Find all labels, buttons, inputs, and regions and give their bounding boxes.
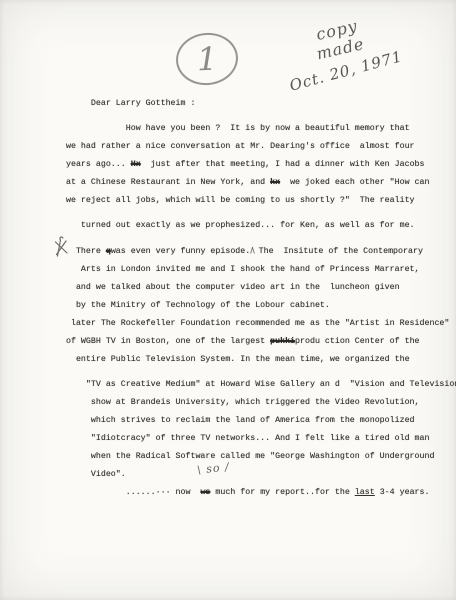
- handwritten-copy-note: copy made: [314, 15, 366, 62]
- typed-text: just after that meeting, I had a dinner …: [141, 160, 425, 169]
- typed-text: "Idiotcracy" of three TV networks... And…: [66, 434, 429, 443]
- letter-line: later The Rockefeller Foundation recomme…: [66, 315, 452, 333]
- typed-text: Video".: [66, 470, 126, 479]
- typed-text: produ ction Center of the: [295, 337, 419, 346]
- letter-line: How have you been ? It is by now a beaut…: [66, 120, 452, 138]
- typed-text: 3-4 years.: [375, 488, 430, 497]
- typed-text: There: [66, 247, 106, 256]
- struck-text: Hx: [131, 160, 141, 169]
- typed-text: years ago...: [66, 160, 131, 169]
- page-number: 1: [196, 43, 217, 76]
- letter-line: Video".: [66, 466, 452, 484]
- typed-text: we joked each other "How can: [280, 178, 429, 187]
- typed-text: last: [355, 488, 375, 497]
- typed-text: ......··· now: [66, 488, 200, 497]
- typed-text: Dear Larry Gottheim :: [66, 99, 195, 108]
- letter-body: Dear Larry Gottheim : How have you been …: [66, 95, 452, 502]
- typed-text: of WGBH TV in Boston, one of the largest: [66, 337, 270, 346]
- typed-text: and we talked about the computer video a…: [66, 283, 400, 292]
- typed-text: "TV as Creative Medium" at Howard Wise G…: [66, 380, 456, 389]
- typed-text: when the Radical Software called me "Geo…: [66, 452, 434, 461]
- struck-text: pukki: [270, 337, 295, 346]
- letter-line: of WGBH TV in Boston, one of the largest…: [66, 333, 452, 351]
- typed-text: which strives to reclaim the land of Ame…: [66, 416, 415, 425]
- letter-line: and we talked about the computer video a…: [66, 279, 452, 297]
- letter-line: "Idiotcracy" of three TV networks... And…: [66, 430, 452, 448]
- typed-text: by the Minitry of Technology of the Lobo…: [66, 301, 330, 310]
- letter-line: There qwas even very funny episode./\ Th…: [66, 242, 452, 261]
- letter-line: by the Minitry of Technology of the Lobo…: [66, 297, 452, 315]
- typed-text: turned out exactly as we prophesized... …: [66, 221, 415, 230]
- typed-text: we reject all jobs, which will be coming…: [66, 196, 415, 205]
- typed-text: we had rather a nice conversation at Mr.…: [66, 142, 415, 151]
- letter-line: when the Radical Software called me "Geo…: [66, 448, 452, 466]
- typed-text: was even very funny episode.: [111, 247, 250, 256]
- typed-text: at a Chinese Restaurant in New York, and: [66, 178, 270, 187]
- typed-text: Arts in London invited me and I shook th…: [66, 265, 420, 274]
- letter-line: at a Chinese Restaurant in New York, and…: [66, 174, 452, 192]
- struck-text: ws: [200, 488, 210, 497]
- letter-line: Arts in London invited me and I shook th…: [66, 261, 452, 279]
- letter-line: we reject all jobs, which will be coming…: [66, 192, 452, 210]
- typed-text: show at Brandeis University, which trigg…: [66, 398, 420, 407]
- typed-text: much for my report..for the: [210, 488, 354, 497]
- typed-text: The Insitute of the Contemporary: [254, 247, 423, 256]
- typed-text: How have you been ? It is by now a beaut…: [66, 124, 410, 133]
- letter-page: 1 copy made Oct. 20, 1971 \ so / Dear La…: [0, 0, 456, 600]
- letter-line: entire Public Television System. In the …: [66, 351, 452, 369]
- typed-text: entire Public Television System. In the …: [66, 355, 410, 364]
- page-number-circle-mark: 1: [173, 30, 240, 88]
- struck-text: kx: [270, 178, 280, 187]
- letter-line: "TV as Creative Medium" at Howard Wise G…: [66, 376, 452, 394]
- letter-line: we had rather a nice conversation at Mr.…: [66, 138, 452, 156]
- greeting-line: Dear Larry Gottheim :: [66, 95, 452, 113]
- letter-line: which strives to reclaim the land of Ame…: [66, 412, 452, 430]
- letter-line: turned out exactly as we prophesized... …: [66, 217, 452, 235]
- letter-line: years ago... Hx just after that meeting,…: [66, 156, 452, 174]
- letter-line: show at Brandeis University, which trigg…: [66, 394, 452, 412]
- typed-text: later The Rockefeller Foundation recomme…: [66, 319, 449, 328]
- letter-line: ......··· now ws much for my report..for…: [66, 484, 452, 502]
